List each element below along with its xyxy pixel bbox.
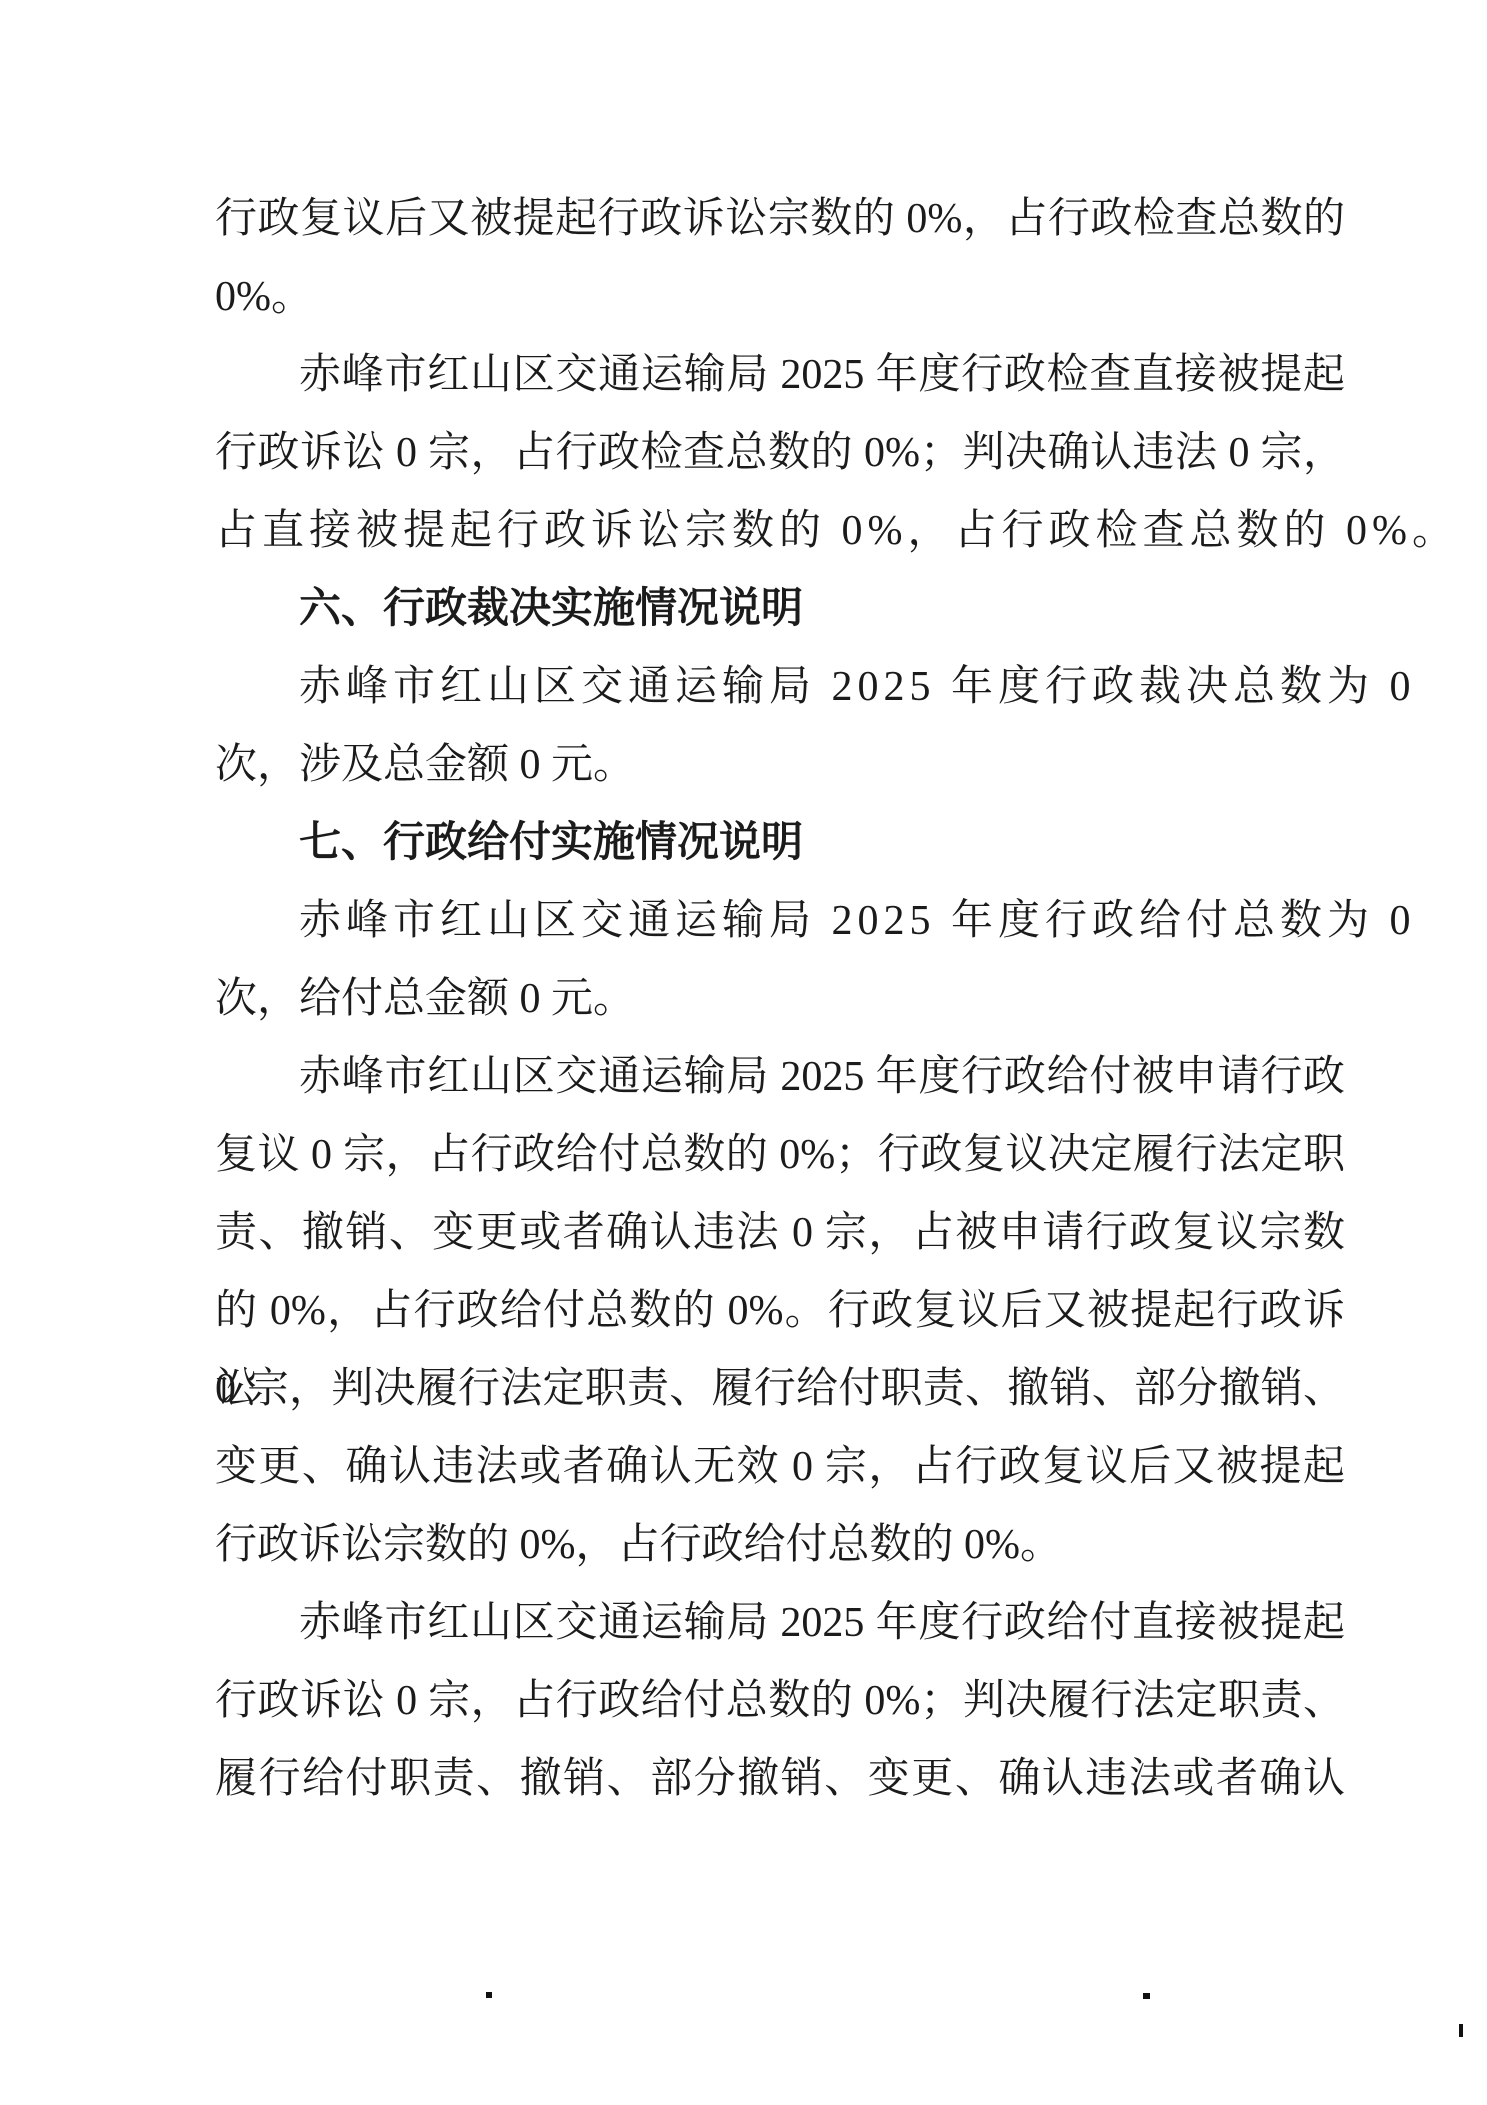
document-page: 行政复议后又被提起行政诉讼宗数的 0%，占行政检查总数的0%。赤峰市红山区交通运…: [0, 0, 1487, 2105]
document-line: 责、撤销、变更或者确认违法 0 宗，占被申请行政复议宗数: [215, 1194, 1345, 1272]
document-line: 赤峰市红山区交通运输局 2025 年度行政给付总数为 0: [215, 882, 1345, 960]
document-line: 六、行政裁决实施情况说明: [215, 570, 1345, 648]
document-line: 赤峰市红山区交通运输局 2025 年度行政检查直接被提起: [215, 336, 1345, 414]
document-line: 0%。: [215, 258, 1345, 336]
document-line: 次，涉及总金额 0 元。: [215, 726, 1345, 804]
scan-speck: [1459, 2024, 1463, 2037]
document-line: 次，给付总金额 0 元。: [215, 960, 1345, 1038]
document-line: 占直接被提起行政诉讼宗数的 0%，占行政检查总数的 0%。: [215, 492, 1345, 570]
document-line: 履行给付职责、撤销、部分撤销、变更、确认违法或者确认: [215, 1740, 1345, 1818]
document-line: 七、行政给付实施情况说明: [215, 804, 1345, 882]
document-line: 赤峰市红山区交通运输局 2025 年度行政裁决总数为 0: [215, 648, 1345, 726]
document-line: 0 宗，判决履行法定职责、履行给付职责、撤销、部分撤销、: [215, 1350, 1345, 1428]
document-line: 变更、确认违法或者确认无效 0 宗，占行政复议后又被提起: [215, 1428, 1345, 1506]
document-line: 赤峰市红山区交通运输局 2025 年度行政给付直接被提起: [215, 1584, 1345, 1662]
scan-speck: [486, 1992, 492, 1998]
document-body: 行政复议后又被提起行政诉讼宗数的 0%，占行政检查总数的0%。赤峰市红山区交通运…: [215, 180, 1345, 1818]
document-line: 行政复议后又被提起行政诉讼宗数的 0%，占行政检查总数的: [215, 180, 1345, 258]
document-line: 复议 0 宗，占行政给付总数的 0%；行政复议决定履行法定职: [215, 1116, 1345, 1194]
scan-speck: [1143, 1993, 1150, 1999]
document-line: 行政诉讼 0 宗，占行政给付总数的 0%；判决履行法定职责、: [215, 1662, 1345, 1740]
document-line: 赤峰市红山区交通运输局 2025 年度行政给付被申请行政: [215, 1038, 1345, 1116]
document-line: 行政诉讼 0 宗，占行政检查总数的 0%；判决确认违法 0 宗，: [215, 414, 1345, 492]
document-line: 行政诉讼宗数的 0%，占行政给付总数的 0%。: [215, 1506, 1345, 1584]
document-line: 的 0%，占行政给付总数的 0%。行政复议后又被提起行政诉讼: [215, 1272, 1345, 1350]
